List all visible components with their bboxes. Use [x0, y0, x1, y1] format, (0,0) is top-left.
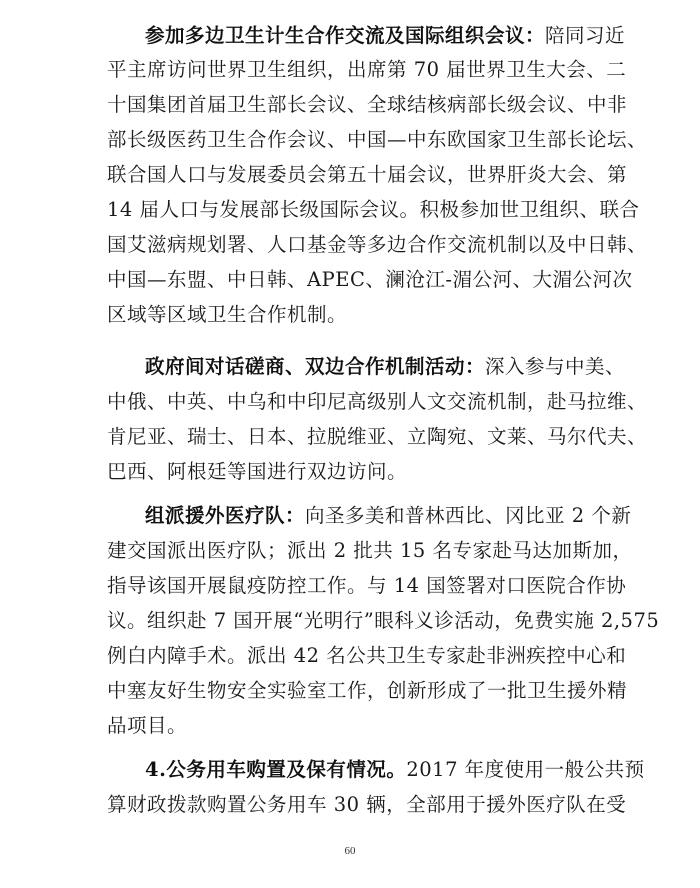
paragraph-1-line-9: 区域等区域卫生合作机制。 [107, 300, 597, 330]
paragraph-2-heading: 政府间对话磋商、双边合作机制活动： [145, 355, 485, 378]
paragraph-3-line-4: 议。组织赴 7 国开展“光明行”眼科义诊活动，免费实施 2,575 [107, 606, 597, 636]
paragraph-1-line-2: 平主席访问世界卫生组织，出席第 70 届世界卫生大会、二 [107, 55, 597, 85]
paragraph-3-line-3: 指导该国开展鼠疫防控工作。与 14 国签署对口医院合作协 [107, 571, 597, 601]
paragraph-1-line-6: 14 届人口与发展部长级国际会议。积极参加世卫组织、联合 [107, 195, 597, 225]
paragraph-1-heading: 参加多边卫生计生合作交流及国际组织会议： [145, 24, 545, 47]
paragraph-2-line-1: 政府间对话磋商、双边合作机制活动：深入参与中美、 [145, 352, 597, 382]
paragraph-3-heading: 组派援外医疗队： [145, 504, 305, 527]
paragraph-2-line-4: 巴西、阿根廷等国进行双边访问。 [107, 457, 597, 487]
paragraph-3-line-7: 品项目。 [107, 711, 597, 741]
paragraph-4-heading: 4.公务用车购置及保有情况。 [145, 758, 406, 781]
paragraph-3-line-1: 组派援外医疗队：向圣多美和普林西比、冈比亚 2 个新 [145, 501, 597, 531]
document-page: 参加多边卫生计生合作交流及国际组织会议：陪同习近 平主席访问世界卫生组织，出席第… [0, 0, 700, 888]
paragraph-3-line-6: 中塞友好生物安全实验室工作，创新形成了一批卫生援外精 [107, 676, 597, 706]
paragraph-3-line-5: 例白内障手术。派出 42 名公共卫生专家赴非洲疾控中心和 [107, 641, 597, 671]
paragraph-1-line-4: 部长级医药卫生合作会议、中国—中东欧国家卫生部长论坛、 [107, 125, 597, 155]
paragraph-1-line-1: 参加多边卫生计生合作交流及国际组织会议：陪同习近 [145, 21, 597, 51]
paragraph-1-line-3: 十国集团首届卫生部长会议、全球结核病部长级会议、中非 [107, 90, 597, 120]
paragraph-1-line-8: 中国—东盟、中日韩、APEC、澜沧江-湄公河、大湄公河次 [107, 265, 597, 295]
page-number: 60 [330, 845, 370, 857]
paragraph-1-line-5: 联合国人口与发展委员会第五十届会议，世界肝炎大会、第 [107, 160, 597, 190]
paragraph-2-line-2: 中俄、中英、中乌和中印尼高级别人文交流机制，赴马拉维、 [107, 387, 597, 417]
paragraph-1-line-7: 国艾滋病规划署、人口基金等多边合作交流机制以及中日韩、 [107, 230, 597, 260]
paragraph-4-line-1: 4.公务用车购置及保有情况。2017 年度使用一般公共预 [145, 755, 597, 785]
paragraph-3-line-2: 建交国派出医疗队；派出 2 批共 15 名专家赴马达加斯加， [107, 536, 597, 566]
paragraph-4-line-2: 算财政拨款购置公务用车 30 辆，全部用于援外医疗队在受 [107, 790, 597, 820]
paragraph-2-line-3: 肯尼亚、瑞士、日本、拉脱维亚、立陶宛、文莱、马尔代夫、 [107, 422, 597, 452]
